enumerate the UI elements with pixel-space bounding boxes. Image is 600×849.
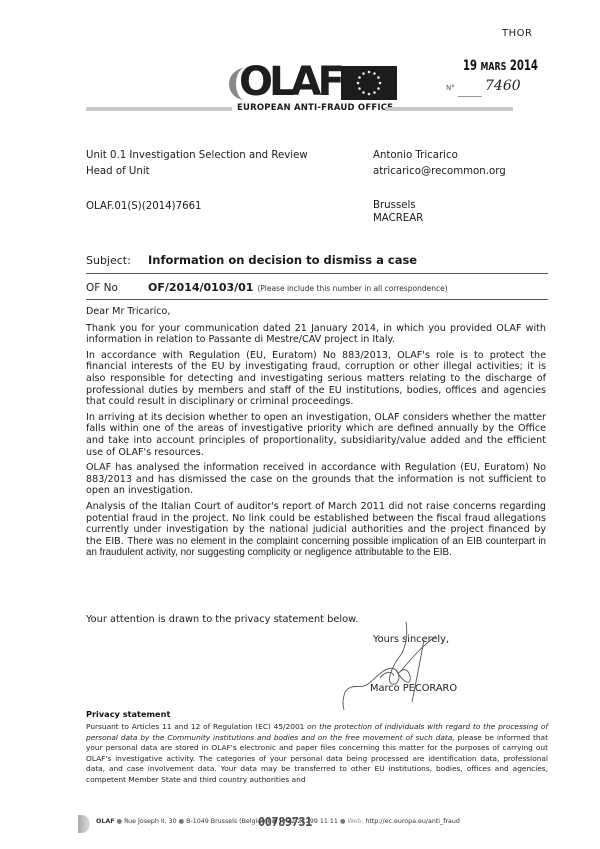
stamp-initials: THOR bbox=[502, 28, 532, 39]
stamp-date-day: 19 bbox=[463, 58, 477, 74]
recipient-city: Brussels bbox=[373, 199, 423, 212]
paragraph-5-b: There was no element in the complaint co… bbox=[86, 536, 546, 559]
privacy-notice-line: Your attention is drawn to the privacy s… bbox=[86, 614, 358, 625]
eu-flag-icon bbox=[341, 66, 397, 100]
banner-bar-right bbox=[385, 107, 513, 111]
office-name: EUROPEAN ANTI-FRAUD OFFICE bbox=[237, 103, 393, 113]
stamp-date-year: 2014 bbox=[510, 58, 538, 74]
document-number-stamp: 00789731 bbox=[258, 815, 312, 829]
stamp-date: 19 MARS 2014 bbox=[463, 58, 538, 74]
bullet-icon: ● bbox=[340, 818, 346, 825]
stamp-date-month: MARS bbox=[481, 60, 507, 73]
sender-unit: Unit 0.1 Investigation Selection and Rev… bbox=[86, 148, 308, 164]
recipient-email[interactable]: atricarico@recommon.org bbox=[373, 164, 506, 180]
sender-reference: OLAF.01(S)(2014)7661 bbox=[86, 199, 202, 215]
footer-web-label: Web: bbox=[347, 818, 363, 825]
salutation: Dear Mr Tricarico, bbox=[86, 306, 546, 318]
of-number-value-wrap: OF/2014/0103/01 (Please include this num… bbox=[148, 281, 448, 294]
privacy-title: Privacy statement bbox=[86, 709, 170, 719]
footer-org: OLAF bbox=[96, 818, 115, 825]
paragraph-3: In arriving at its decision whether to o… bbox=[86, 412, 546, 458]
footer-logo-icon bbox=[78, 815, 90, 833]
paragraph-2: In accordance with Regulation (EU, Eurat… bbox=[86, 350, 546, 408]
subject-row: Subject: Information on decision to dism… bbox=[86, 251, 548, 274]
of-number-value: OF/2014/0103/01 bbox=[148, 281, 253, 294]
stamp-number-label: N° bbox=[446, 84, 455, 92]
signature-icon bbox=[340, 612, 450, 712]
of-number-label: OF No bbox=[86, 282, 118, 294]
logo-text: OLAF bbox=[239, 58, 341, 106]
subject-text: Information on decision to dismiss a cas… bbox=[148, 253, 417, 267]
paragraph-5: Analysis of the Italian Court of auditor… bbox=[86, 501, 546, 559]
recipient-block: Antonio Tricarico atricarico@recommon.or… bbox=[373, 148, 506, 180]
olaf-logo: OLAF bbox=[229, 64, 401, 102]
of-number-note: (Please include this number in all corre… bbox=[257, 284, 447, 293]
footer-address: Rue Joseph II, 30 bbox=[124, 818, 177, 825]
bullet-icon: ● bbox=[179, 818, 185, 825]
paragraph-4: OLAF has analysed the information receiv… bbox=[86, 462, 546, 497]
signatory-name: Marco PECORARO bbox=[370, 683, 457, 694]
stamp-number: 7460 bbox=[485, 78, 521, 94]
subject-label: Subject: bbox=[86, 254, 131, 267]
recipient-name: Antonio Tricarico bbox=[373, 148, 506, 164]
of-number-row: OF No OF/2014/0103/01 (Please include th… bbox=[86, 280, 548, 300]
stamp-number-line bbox=[458, 96, 482, 97]
bullet-icon: ● bbox=[117, 818, 123, 825]
privacy-body: Pursuant to Articles 11 and 12 of Regula… bbox=[86, 722, 548, 786]
paragraph-1: Thank you for your communication dated 2… bbox=[86, 323, 546, 346]
banner-bar-left bbox=[86, 107, 232, 111]
recipient-code: MACREAR bbox=[373, 212, 423, 225]
letter-body: Dear Mr Tricarico, Thank you for your co… bbox=[86, 306, 546, 563]
footer-web-url[interactable]: http://ec.europa.eu/anti_fraud bbox=[365, 818, 460, 825]
sender-role: Head of Unit bbox=[86, 164, 308, 180]
privacy-intro: Pursuant to Articles 11 and 12 of Regula… bbox=[86, 722, 304, 731]
recipient-location: Brussels MACREAR bbox=[373, 199, 423, 225]
sender-block: Unit 0.1 Investigation Selection and Rev… bbox=[86, 148, 308, 180]
